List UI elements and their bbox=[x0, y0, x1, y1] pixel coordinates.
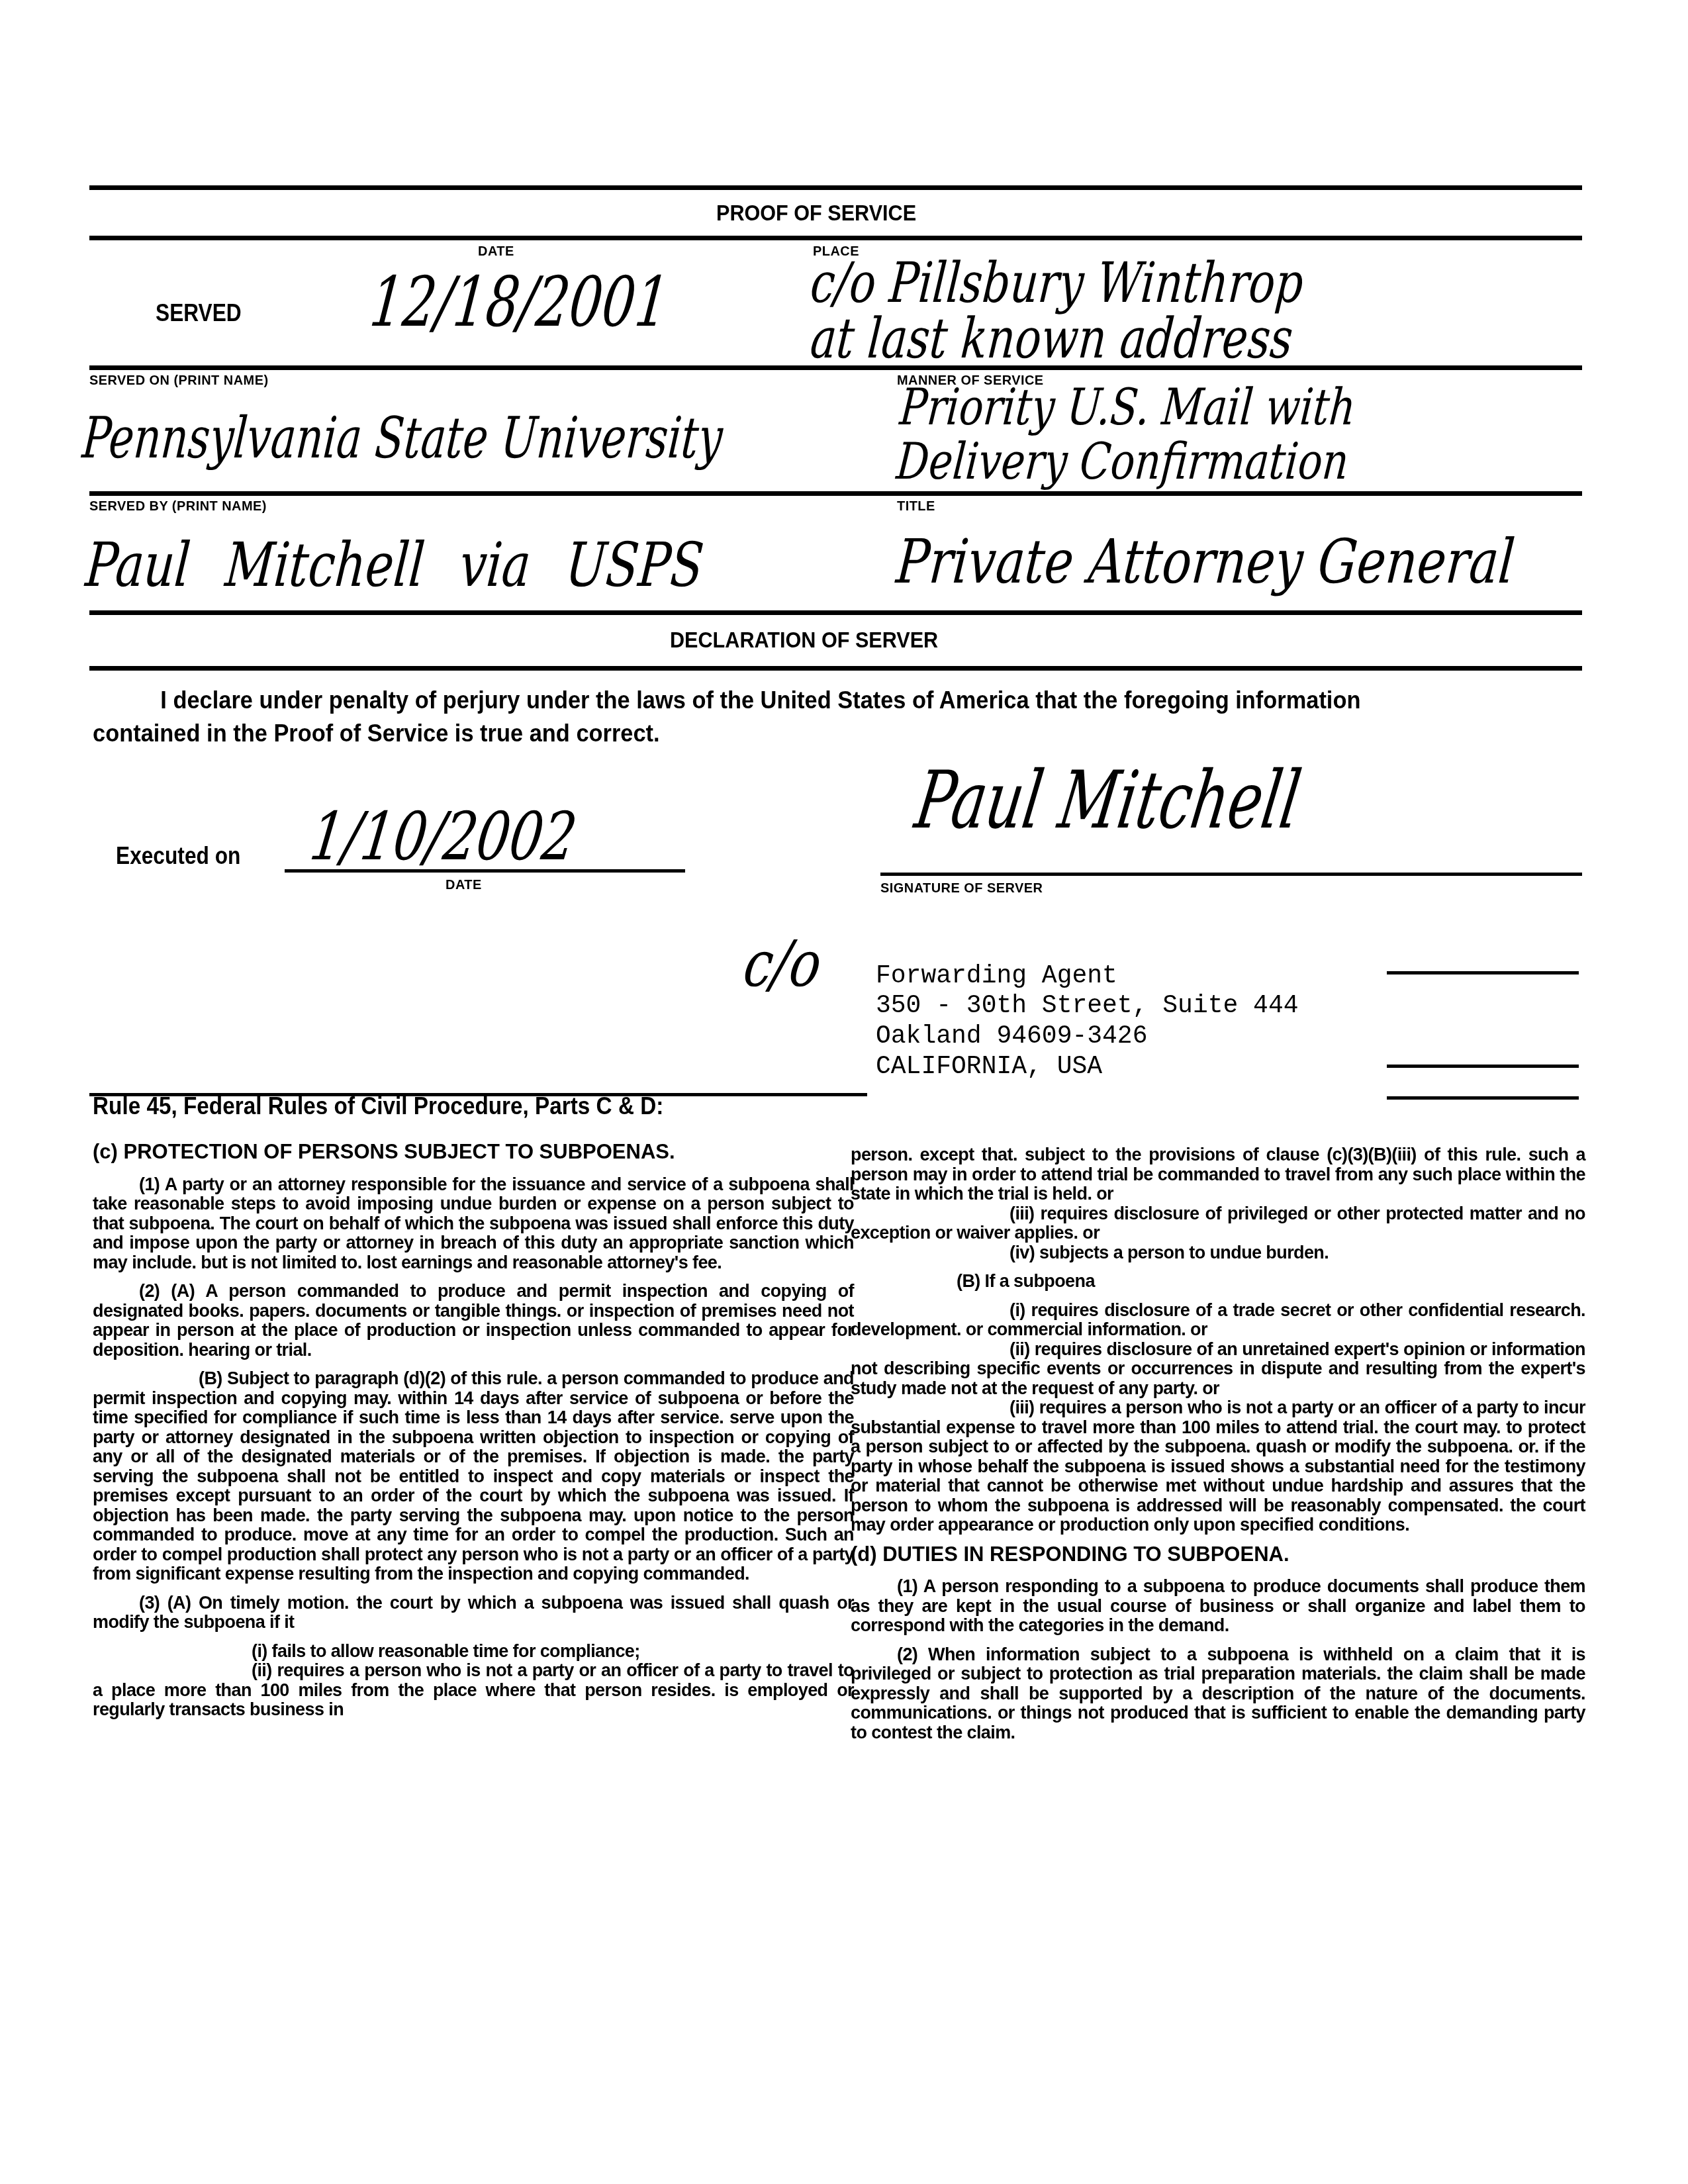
signature-caption: SIGNATURE OF SERVER bbox=[880, 880, 1043, 896]
declaration-title: DECLARATION OF SERVER bbox=[670, 628, 938, 653]
served-label: SERVED bbox=[156, 299, 242, 327]
rule-2 bbox=[89, 236, 1582, 240]
served-date-field[interactable]: 12/18/2001 bbox=[367, 261, 673, 342]
rule-paragraph: (ii) requires a person who is not a part… bbox=[93, 1661, 854, 1720]
rule-paragraph: (ii) requires disclosure of an unretaine… bbox=[851, 1340, 1585, 1399]
title-field[interactable]: Private Attorney General bbox=[894, 526, 1518, 597]
section-heading: (c) PROTECTION OF PERSONS SUBJECT TO SUB… bbox=[93, 1142, 854, 1162]
rule45-right-column: person. except that. subject to the prov… bbox=[851, 1145, 1585, 1752]
proof-of-service-title: PROOF OF SERVICE bbox=[716, 201, 916, 226]
rule-6 bbox=[89, 666, 1582, 671]
rule-paragraph: person. except that. subject to the prov… bbox=[851, 1145, 1585, 1204]
signature-line bbox=[880, 873, 1582, 876]
rule-paragraph: (i) fails to allow reasonable time for c… bbox=[93, 1642, 854, 1662]
server-signature[interactable]: Paul Mitchell bbox=[910, 755, 1306, 847]
rule-3 bbox=[89, 365, 1582, 370]
date-label: DATE bbox=[478, 244, 514, 260]
served-by-label: SERVED BY (PRINT NAME) bbox=[89, 499, 267, 514]
rule-paragraph: (iii) requires disclosure of privileged … bbox=[851, 1204, 1585, 1243]
address-line-4: CALIFORNIA, USA bbox=[876, 1052, 1102, 1082]
rule-paragraph: (2) (A) A person commanded to produce an… bbox=[93, 1282, 854, 1360]
rule-paragraph: (1) A person responding to a subpoena to… bbox=[851, 1577, 1585, 1636]
served-by-field[interactable]: Paul Mitchell via USPS bbox=[83, 530, 706, 600]
address-rule-right-3 bbox=[1387, 1096, 1579, 1100]
rule-paragraph: (i) requires disclosure of a trade secre… bbox=[851, 1301, 1585, 1340]
executed-on-label: Executed on bbox=[116, 842, 240, 870]
rule-paragraph: (iii) requires a person who is not a par… bbox=[851, 1398, 1585, 1535]
declaration-text-line2: contained in the Proof of Service is tru… bbox=[93, 717, 1478, 750]
declaration-text-line1: I declare under penalty of perjury under… bbox=[93, 684, 1478, 717]
rule-paragraph: (2) When information subject to a subpoe… bbox=[851, 1645, 1585, 1743]
rule45-left-column: (c) PROTECTION OF PERSONS SUBJECT TO SUB… bbox=[93, 1142, 854, 1729]
rule45-heading: Rule 45, Federal Rules of Civil Procedur… bbox=[93, 1092, 663, 1120]
care-of-mark: c/o bbox=[739, 927, 826, 1001]
rule-5 bbox=[89, 610, 1582, 615]
served-on-field[interactable]: Pennsylvania State University bbox=[80, 405, 725, 471]
rule-paragraph: (1) A party or an attorney responsible f… bbox=[93, 1175, 854, 1273]
top-rule bbox=[89, 185, 1582, 190]
address-line-1: Forwarding Agent bbox=[876, 961, 1117, 991]
served-place-line2[interactable]: at last known address bbox=[808, 306, 1295, 371]
manner-line2[interactable]: Delivery Confirmation bbox=[894, 432, 1351, 491]
address-rule-right-1 bbox=[1387, 971, 1579, 974]
executed-date-caption: DATE bbox=[445, 877, 482, 893]
title-label: TITLE bbox=[897, 499, 935, 514]
address-rule-right-2 bbox=[1387, 1065, 1579, 1068]
address-line-3: Oakland 94609-3426 bbox=[876, 1021, 1147, 1051]
section-heading: (d) DUTIES IN RESPONDING TO SUBPOENA. bbox=[851, 1544, 1585, 1564]
rule-paragraph: (B) Subject to paragraph (d)(2) of this … bbox=[93, 1369, 854, 1584]
rule-paragraph: (B) If a subpoena bbox=[851, 1272, 1585, 1292]
manner-line1[interactable]: Priority U.S. Mail with bbox=[898, 377, 1358, 436]
executed-date-field[interactable]: 1/10/2002 bbox=[306, 798, 581, 875]
served-on-label: SERVED ON (PRINT NAME) bbox=[89, 373, 269, 389]
rule-paragraph: (3) (A) On timely motion. the court by w… bbox=[93, 1593, 854, 1633]
rule-4 bbox=[89, 491, 1582, 496]
address-line-2: 350 - 30th Street, Suite 444 bbox=[876, 991, 1299, 1021]
rule-paragraph: (iv) subjects a person to undue burden. bbox=[851, 1243, 1585, 1263]
